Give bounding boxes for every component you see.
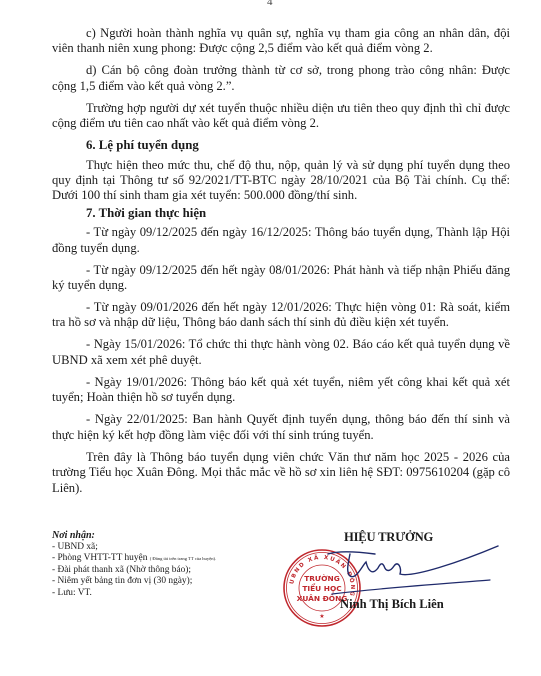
section-6-text: Thực hiện theo mức thu, chế độ thu, nộp,…: [52, 158, 510, 204]
section-6-heading: 6. Lệ phí tuyển dụng: [52, 138, 510, 153]
timeline-item: - Ngày 22/01/2025: Ban hành Quyết định t…: [52, 412, 510, 443]
timeline-item: - Ngày 15/01/2026: Tổ chức thi thực hành…: [52, 337, 510, 368]
paragraph-priority-d: d) Cán bộ công đoàn trưởng thành từ cơ s…: [52, 63, 510, 94]
timeline-item: - Ngày 19/01/2026: Thông báo kết quả xét…: [52, 375, 510, 406]
recipients-list: - UBND xã; - Phòng VHTT-TT huyện ( Đăng …: [52, 542, 282, 600]
recipients-label: Nơi nhận:: [52, 530, 282, 542]
recipient-item: - Đài phát thanh xã (Nhờ thông báo);: [52, 565, 282, 577]
recipient-item: - UBND xã;: [52, 542, 282, 554]
signer-name: Ninh Thị Bích Liên: [340, 597, 444, 612]
recipient-item: - Niêm yết bảng tin đơn vị (30 ngày);: [52, 576, 282, 588]
recipient-item: - Lưu: VT.: [52, 588, 282, 600]
recipient-item: - Phòng VHTT-TT huyện ( Đăng tải trên tr…: [52, 553, 282, 565]
section-7-heading: 7. Thời gian thực hiện: [52, 206, 510, 221]
timeline-item: - Từ ngày 09/12/2025 đến ngày 16/12/2025…: [52, 225, 510, 256]
page-number: 4: [267, 0, 273, 8]
timeline-item: - Từ ngày 09/01/2026 đến hết ngày 12/01/…: [52, 300, 510, 331]
recipient-note: ( Đăng tải trên trang TT của huyện).: [150, 556, 216, 561]
timeline-item: - Từ ngày 09/12/2025 đến hết ngày 08/01/…: [52, 263, 510, 294]
recipients-block: Nơi nhận: - UBND xã; - Phòng VHTT-TT huy…: [52, 530, 282, 600]
closing-paragraph: Trên đây là Thông báo tuyển dụng viên ch…: [52, 450, 510, 496]
document-body: c) Người hoàn thành nghĩa vụ quân sự, ng…: [52, 26, 510, 503]
paragraph-priority-rule: Trường hợp người dự xét tuyển thuộc nhiề…: [52, 101, 510, 132]
paragraph-priority-c: c) Người hoàn thành nghĩa vụ quân sự, ng…: [52, 26, 510, 57]
svg-text:★: ★: [319, 613, 324, 620]
signature-block: UBND XÃ XUÂN ĐÔNG TRƯỜNG TIỂU HỌC XUÂN Đ…: [280, 520, 541, 676]
